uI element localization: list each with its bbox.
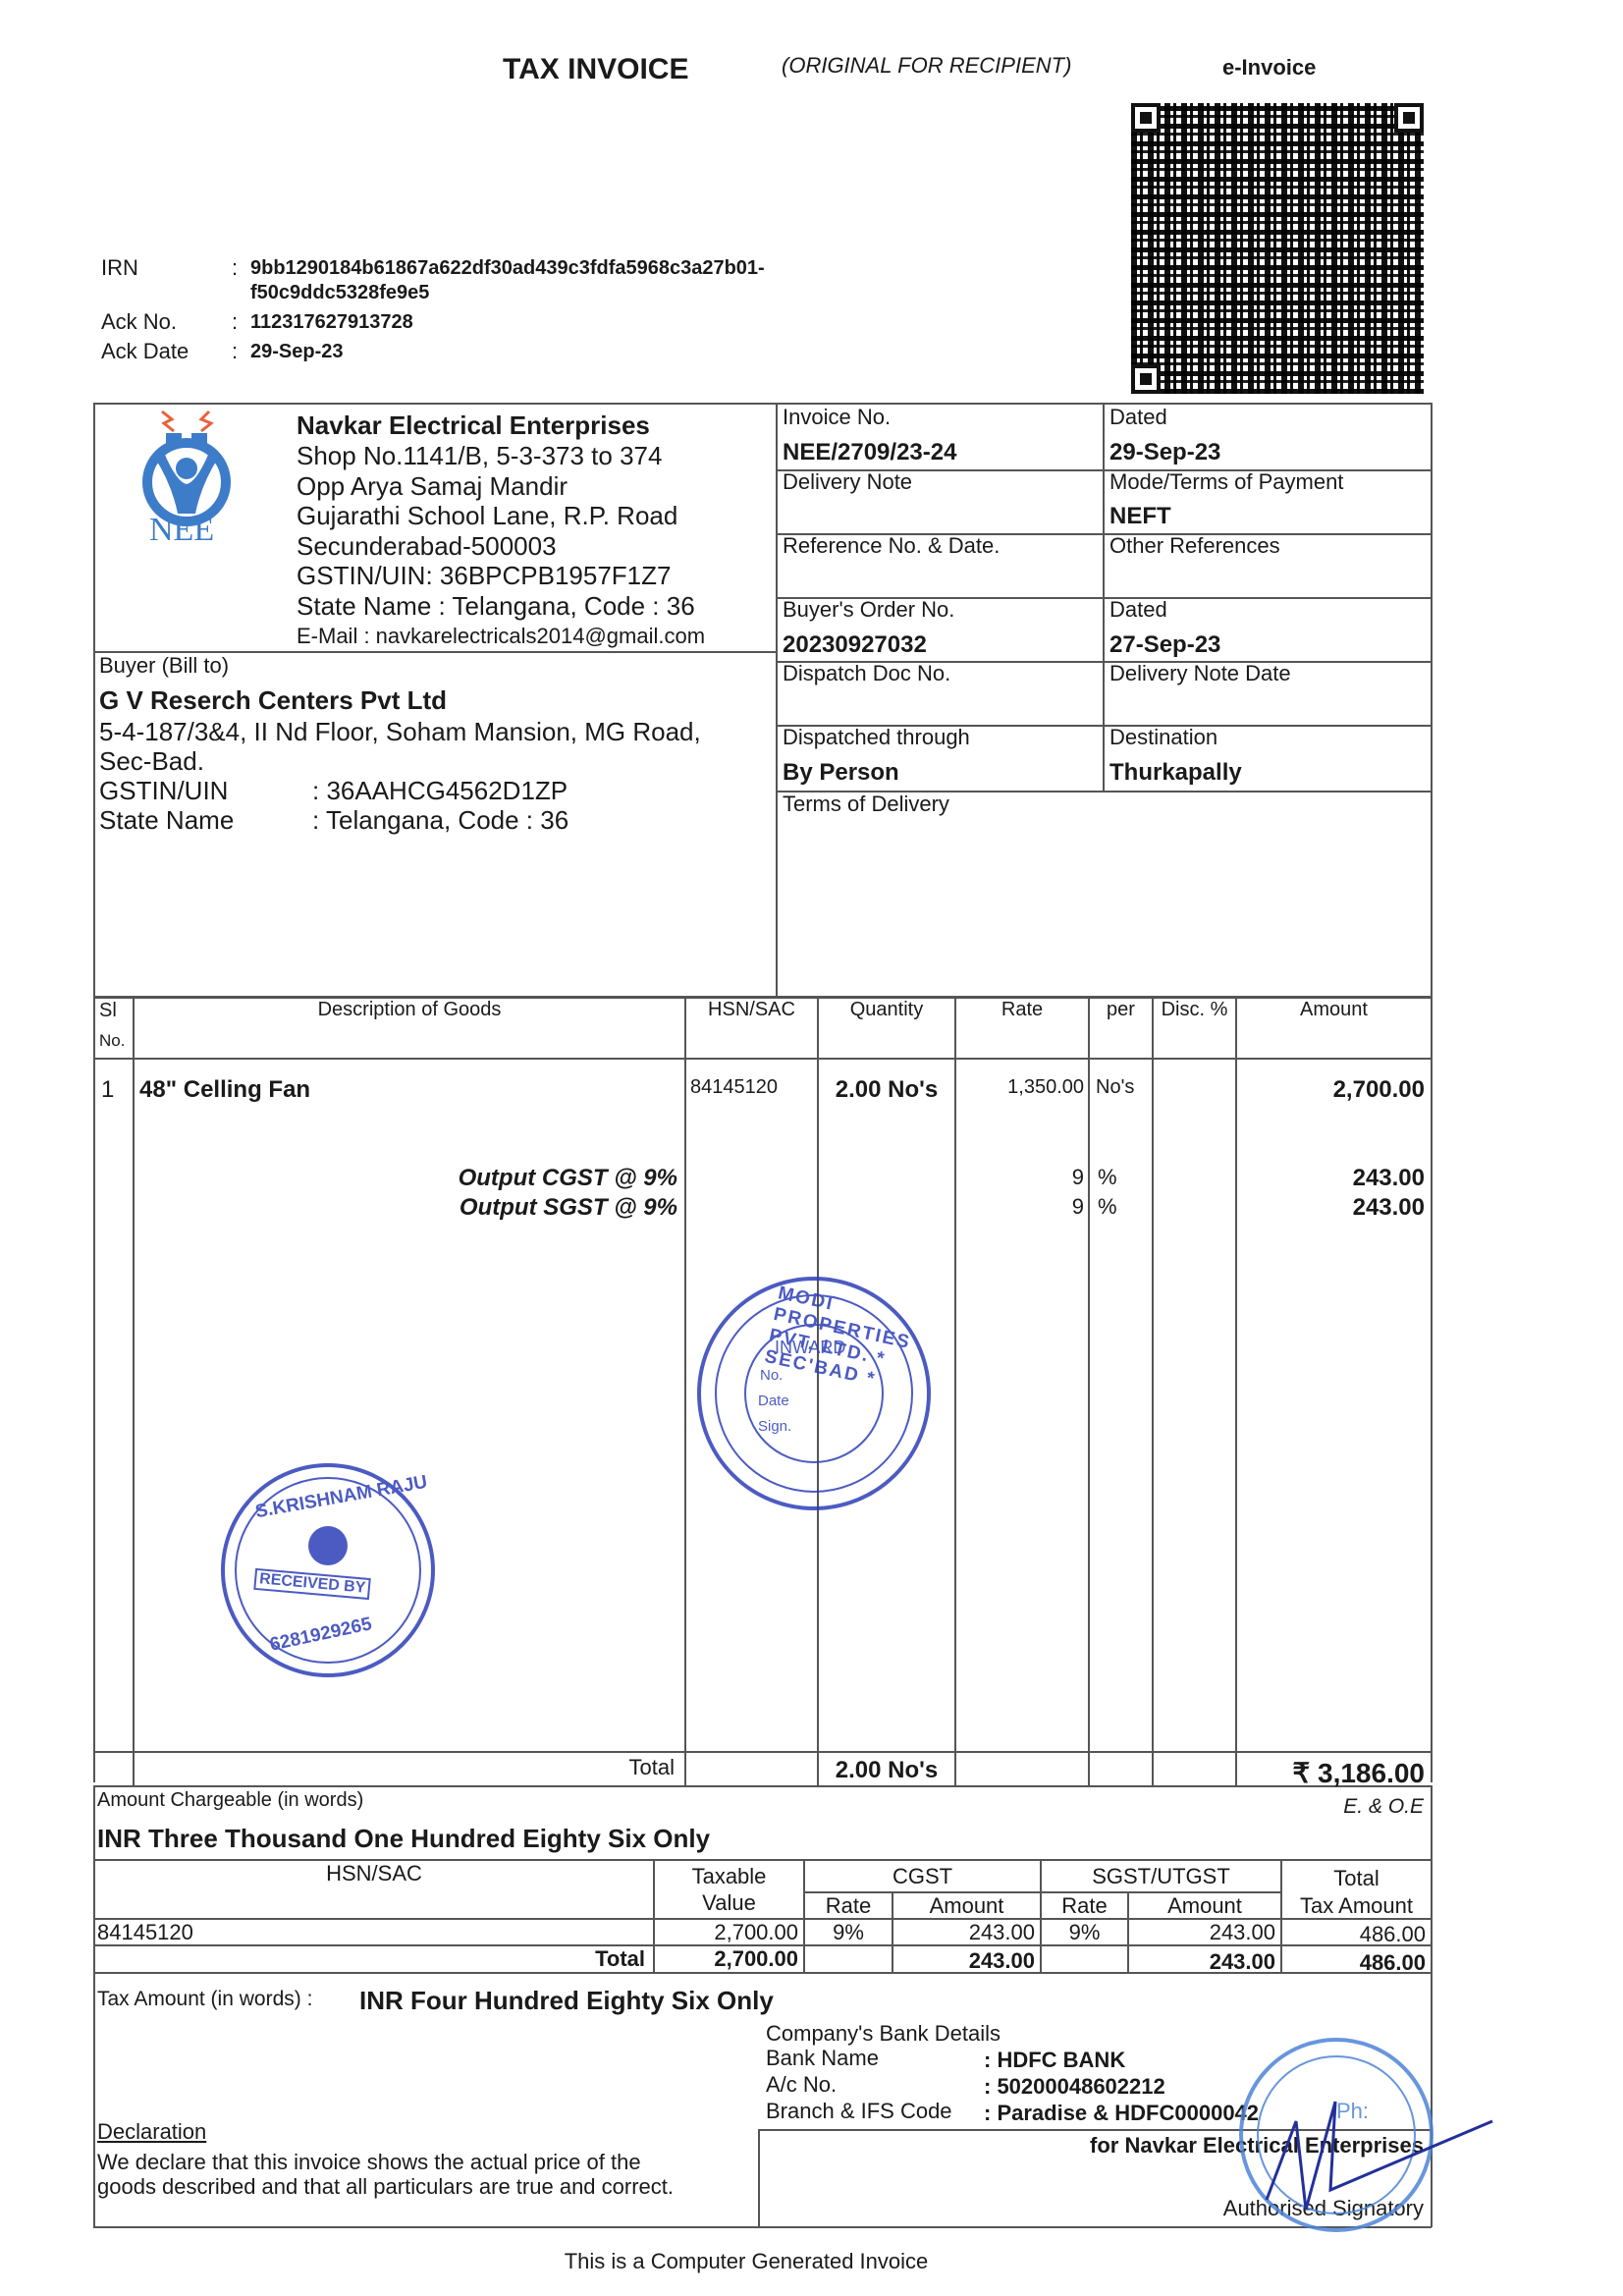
payment-value: NEFT — [1109, 503, 1171, 530]
tax-col-total-1: Total — [1282, 1866, 1431, 1891]
seller-address-line: Secunderabad-500003 — [297, 531, 695, 562]
m-logo-icon — [308, 1526, 348, 1565]
ack-no-label: Ack No. — [101, 309, 177, 335]
col-description: Description of Goods — [135, 999, 684, 1021]
tax-col-sgst-rate: Rate — [1042, 1893, 1127, 1919]
items-total-quantity: 2.00 No's — [819, 1757, 954, 1784]
col-line — [1235, 996, 1237, 1785]
item-description: 48" Celling Fan — [139, 1076, 310, 1104]
seller-address: Shop No.1141/B, 5-3-373 to 374 Opp Arya … — [297, 441, 695, 621]
seller-state: State Name : Telangana, Code : 36 — [297, 591, 695, 622]
declaration-line-2: goods described and that all particulars… — [97, 2174, 674, 2200]
bank-name-label: Bank Name — [766, 2046, 879, 2071]
account-label: A/c No. — [766, 2072, 837, 2098]
col-line — [954, 996, 956, 1785]
order-dated-value: 27-Sep-23 — [1109, 631, 1220, 659]
ack-date-value: 29-Sep-23 — [250, 341, 344, 363]
eoe-label: E. & O.E — [1227, 1795, 1424, 1819]
dispatched-through-label: Dispatched through — [783, 725, 970, 750]
declaration-line-1: We declare that this invoice shows the a… — [97, 2150, 641, 2175]
tax-total-total: 486.00 — [1282, 1950, 1426, 1976]
qr-code-icon — [1131, 103, 1424, 394]
tax-total-label: Total — [95, 1946, 645, 1972]
tax-row-taxable: 2,700.00 — [655, 1920, 798, 1945]
tax-cgst-per: % — [1098, 1165, 1117, 1190]
modi-no: No. — [760, 1367, 783, 1384]
tax-col-hsn: HSN/SAC — [95, 1861, 653, 1886]
tax-total-sgst: 243.00 — [1129, 1949, 1275, 1975]
signature-box-left — [758, 2129, 760, 2227]
col-disc: Disc. % — [1154, 999, 1235, 1021]
buyer-label: Buyer (Bill to) — [99, 653, 229, 679]
tax-sgst-label: Output SGST @ 9% — [135, 1194, 677, 1222]
item-quantity: 2.00 No's — [819, 1076, 954, 1104]
tax-col-cgst: CGST — [805, 1864, 1040, 1889]
tax-cgst-rate: 9 — [956, 1165, 1084, 1190]
ack-no-value: 112317627913728 — [250, 311, 413, 334]
tax-row-cgst-amount: 243.00 — [893, 1920, 1035, 1945]
terms-of-delivery-label: Terms of Delivery — [783, 792, 949, 817]
delivery-note-label: Delivery Note — [783, 469, 912, 495]
items-total-top — [93, 1751, 1432, 1753]
seller-email: E-Mail : navkarelectricals2014@gmail.com — [297, 624, 705, 649]
amount-words-value: INR Three Thousand One Hundred Eighty Si… — [97, 1824, 710, 1854]
irn-colon: : — [232, 255, 238, 281]
payment-label: Mode/Terms of Payment — [1109, 469, 1343, 495]
nee-logo-icon: NEE — [133, 406, 241, 553]
items-total-label: Total — [135, 1755, 675, 1780]
tax-sgst-amount: 243.00 — [1237, 1194, 1425, 1222]
irn-label: IRN — [101, 255, 138, 281]
dated-value: 29-Sep-23 — [1109, 439, 1220, 466]
ack-date-label: Ack Date — [101, 339, 189, 364]
item-rate: 1,350.00 — [956, 1076, 1084, 1099]
frame-bottom — [93, 2226, 1432, 2228]
ack-date-colon: : — [232, 339, 238, 364]
modi-inward: INWARD — [775, 1338, 845, 1358]
col-line — [133, 996, 135, 1785]
frame-left — [93, 403, 95, 1782]
tax-row-sgst-amount: 243.00 — [1129, 1920, 1275, 1945]
modi-sign: Sign. — [758, 1418, 791, 1435]
seller-name: Navkar Electrical Enterprises — [297, 410, 650, 441]
signature-scribble-icon — [1247, 2082, 1502, 2229]
col-line — [1152, 996, 1154, 1785]
bank-name-value: : HDFC BANK — [984, 2048, 1125, 2073]
amount-words-label: Amount Chargeable (in words) — [97, 1789, 363, 1812]
einvoice-label: e-Invoice — [1222, 55, 1316, 81]
tax-col-taxable-2: Value — [655, 1890, 803, 1916]
tax-col-taxable-1: Taxable — [655, 1864, 803, 1889]
col-line — [1088, 996, 1090, 1785]
branch-label: Branch & IFS Code — [766, 2099, 952, 2124]
tax-col-sgst: SGST/UTGST — [1042, 1864, 1280, 1889]
item-hsn: 84145120 — [690, 1076, 778, 1099]
col-rate: Rate — [956, 999, 1088, 1021]
frame-top — [93, 403, 1432, 405]
modi-date: Date — [758, 1393, 789, 1409]
tax-col-sgst-amount: Amount — [1129, 1893, 1280, 1919]
buyer-order-value: 20230927032 — [783, 631, 927, 659]
tax-total-cgst: 243.00 — [893, 1948, 1035, 1974]
tax-col-cgst-rate: Rate — [805, 1893, 892, 1919]
tax-sgst-rate: 9 — [956, 1194, 1084, 1220]
buyer-gstin-label: GSTIN/UIN — [99, 776, 228, 806]
invoice-no-value: NEE/2709/23-24 — [783, 439, 956, 466]
destination-label: Destination — [1109, 725, 1217, 750]
frame-mid — [776, 403, 778, 997]
destination-value: Thurkapally — [1109, 759, 1242, 787]
dispatched-through-value: By Person — [783, 759, 899, 787]
copy-label: (ORIGINAL FOR RECIPIENT) — [782, 53, 1071, 79]
col-sl: Sl — [99, 1000, 117, 1022]
tax-cgst-amount: 243.00 — [1237, 1165, 1425, 1192]
items-header-bottom — [93, 1058, 1432, 1060]
frame-right — [1431, 403, 1433, 1782]
item-sl: 1 — [101, 1076, 114, 1104]
buyer-address-1: 5-4-187/3&4, II Nd Floor, Soham Mansion,… — [99, 717, 701, 747]
col-amount: Amount — [1237, 999, 1431, 1021]
seller-gstin: GSTIN/UIN: 36BPCPB1957F1Z7 — [297, 561, 695, 591]
col-hsn: HSN/SAC — [686, 999, 817, 1021]
logo-text: NEE — [149, 512, 214, 549]
irn-value-line1: 9bb1290184b61867a622df30ad439c3fdfa5968c… — [250, 257, 765, 280]
irn-value-line2: f50c9ddc5328fe9e5 — [250, 282, 429, 304]
col-line — [684, 996, 686, 1785]
other-ref-label: Other References — [1109, 533, 1280, 559]
invoice-no-label: Invoice No. — [783, 405, 891, 430]
items-total-amount: ₹ 3,186.00 — [1237, 1757, 1425, 1789]
item-amount: 2,700.00 — [1237, 1076, 1425, 1104]
col-per: per — [1090, 999, 1152, 1021]
buyer-address-2: Sec-Bad. — [99, 746, 204, 777]
tax-row-cgst-rate: 9% — [805, 1920, 892, 1945]
items-total-bottom — [93, 1785, 1432, 1787]
tax-words-value: INR Four Hundred Eighty Six Only — [359, 1986, 774, 2016]
col-quantity: Quantity — [819, 999, 954, 1021]
seller-address-line: Opp Arya Samaj Mandir — [297, 471, 695, 502]
reference-label: Reference No. & Date. — [783, 533, 1000, 559]
modi-properties-stamp-icon: MODI PROPERTIES PVT. LTD. * SEC'BAD * IN… — [697, 1277, 931, 1510]
tax-row-hsn: 84145120 — [97, 1920, 193, 1945]
tax-row-sgst-rate: 9% — [1042, 1920, 1127, 1945]
account-value: : 50200048602212 — [984, 2074, 1165, 2100]
ack-no-colon: : — [232, 309, 238, 335]
buyer-gstin: : 36AAHCG4562D1ZP — [312, 776, 568, 806]
seller-address-line: Gujarathi School Lane, R.P. Road — [297, 501, 695, 531]
declaration-title: Declaration — [97, 2119, 206, 2145]
dated-label: Dated — [1109, 405, 1167, 430]
footer-note: This is a Computer Generated Invoice — [0, 2249, 1492, 2274]
bank-title: Company's Bank Details — [766, 2021, 1001, 2047]
seller-address-line: Shop No.1141/B, 5-3-373 to 374 — [297, 441, 695, 471]
buyer-order-label: Buyer's Order No. — [783, 597, 954, 623]
document-title: TAX INVOICE — [503, 53, 688, 86]
col-sl-no: No. — [99, 1031, 125, 1051]
tax-sgst-per: % — [1098, 1194, 1117, 1220]
dispatch-doc-label: Dispatch Doc No. — [783, 661, 950, 686]
branch-value: : Paradise & HDFC0000042 — [984, 2101, 1259, 2126]
buyer-state-label: State Name — [99, 805, 234, 836]
tax-row-total: 486.00 — [1282, 1922, 1426, 1947]
krishnam-raju-received-stamp-icon: S.KRISHNAM RAJU RECEIVED BY 6281929265 — [221, 1463, 435, 1677]
order-dated-label: Dated — [1109, 597, 1167, 623]
tax-words-label: Tax Amount (in words) : — [97, 1988, 312, 2011]
buyer-name: G V Reserch Centers Pvt Ltd — [99, 685, 447, 716]
tax-total-taxable: 2,700.00 — [655, 1946, 798, 1972]
frame-left-lower — [93, 1785, 95, 2227]
tax-cgst-label: Output CGST @ 9% — [135, 1165, 677, 1192]
item-per: No's — [1096, 1076, 1134, 1099]
tax-col-total-2: Tax Amount — [1282, 1893, 1431, 1919]
buyer-state: : Telangana, Code : 36 — [312, 805, 568, 836]
tax-col-cgst-amount: Amount — [893, 1893, 1040, 1919]
delivery-note-date-label: Delivery Note Date — [1109, 661, 1291, 686]
